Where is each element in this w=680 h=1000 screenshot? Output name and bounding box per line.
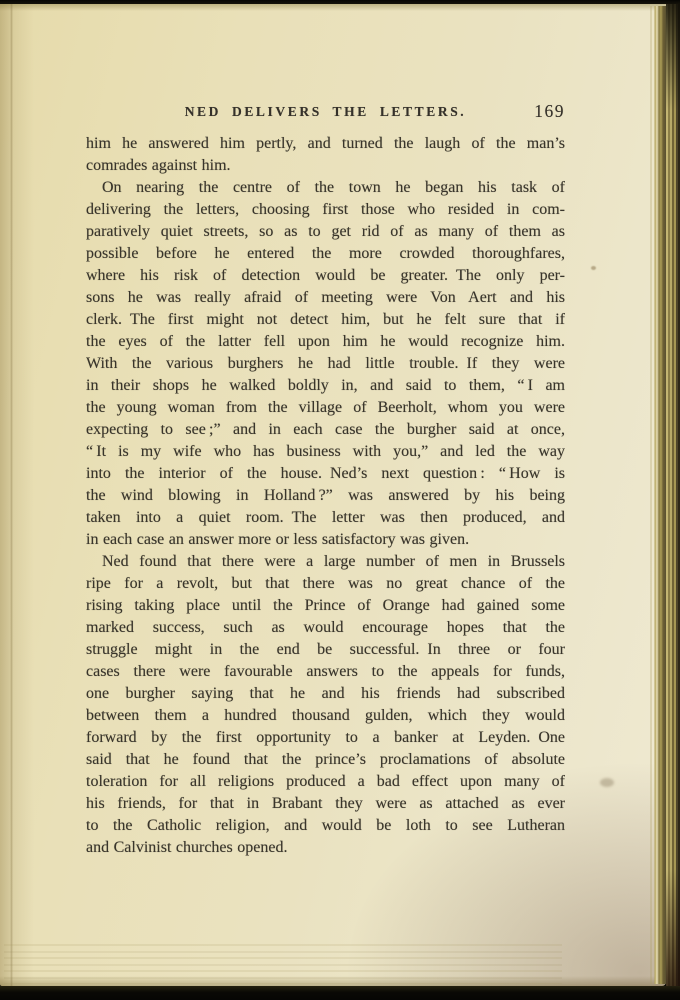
- text-line: paratively quiet streets, so as to get r…: [86, 221, 565, 243]
- scan-bottom-edge: [0, 986, 680, 1000]
- book-fore-edge: [666, 0, 680, 1000]
- text-line: one burgher saying that he and his frien…: [86, 683, 565, 705]
- text-line: rising taking place until the Prince of …: [86, 595, 565, 617]
- running-title: NED DELIVERS THE LETTERS.: [86, 104, 565, 120]
- text-line: the wind blowing in Holland ?” was answe…: [86, 485, 565, 507]
- text-line: marked success, such as would encourage …: [86, 617, 565, 639]
- text-line: his friends, for that in Brabant they we…: [86, 793, 565, 815]
- text-line: sons he was really afraid of meeting wer…: [86, 287, 565, 309]
- text-line: delivering the letters, choosing first t…: [86, 199, 565, 221]
- text-line: taken into a quiet room. The letter was …: [86, 507, 565, 529]
- text-line: struggle might in the end be successful.…: [86, 639, 565, 661]
- text-line: possible before he entered the more crow…: [86, 243, 565, 265]
- text-line: in each case an answer more or less sati…: [86, 529, 565, 551]
- text-line: into the interior of the house. Ned’s ne…: [86, 463, 565, 485]
- text-line: forward by the first opportunity to a ba…: [86, 727, 565, 749]
- text-line: cases there were favourable answers to t…: [86, 661, 565, 683]
- text-line: the eyes of the latter fell upon him he …: [86, 331, 565, 353]
- text-line: toleration for all religions produced a …: [86, 771, 565, 793]
- text-line: expecting to see ;” and in each case the…: [86, 419, 565, 441]
- paragraph: him he answered him pertly, and turned t…: [86, 133, 565, 177]
- text-line: him he answered him pertly, and turned t…: [86, 133, 565, 155]
- text-line: where his risk of detection would be gre…: [86, 265, 565, 287]
- paper-smudge: [600, 778, 614, 787]
- text-line: in their shops he walked boldly in, and …: [86, 375, 565, 397]
- text-line: On nearing the centre of the town he beg…: [86, 177, 565, 199]
- text-line: comrades against him.: [86, 155, 565, 177]
- text-line: ripe for a revolt, but that there was no…: [86, 573, 565, 595]
- text-line: said that he found that the prince’s pro…: [86, 749, 565, 771]
- text-line: With the various burghers he had little …: [86, 353, 565, 375]
- text-line: “ It is my wife who has business with yo…: [86, 441, 565, 463]
- page-header: NED DELIVERS THE LETTERS. 169: [86, 104, 565, 124]
- text-line: the young woman from the village of Beer…: [86, 397, 565, 419]
- paragraph: Ned found that there were a large number…: [86, 551, 565, 859]
- gutter-crease: [10, 4, 13, 986]
- text-line: between them a hundred thousand gulden, …: [86, 705, 565, 727]
- text-line: to the Catholic religion, and would be l…: [86, 815, 565, 837]
- text-line: and Calvinist churches opened.: [86, 837, 565, 859]
- text-line: clerk. The first might not detect him, b…: [86, 309, 565, 331]
- paper-speck: [591, 266, 596, 270]
- paragraph: On nearing the centre of the town he beg…: [86, 177, 565, 551]
- book-page-scan: NED DELIVERS THE LETTERS. 169 him he ans…: [0, 0, 680, 1000]
- bottom-leaf-edges: [4, 944, 562, 984]
- scan-top-edge: [0, 0, 680, 4]
- text-block: him he answered him pertly, and turned t…: [86, 133, 565, 859]
- text-line: Ned found that there were a large number…: [86, 551, 565, 573]
- page-edge-lines: [650, 6, 666, 984]
- page-number: 169: [534, 101, 565, 122]
